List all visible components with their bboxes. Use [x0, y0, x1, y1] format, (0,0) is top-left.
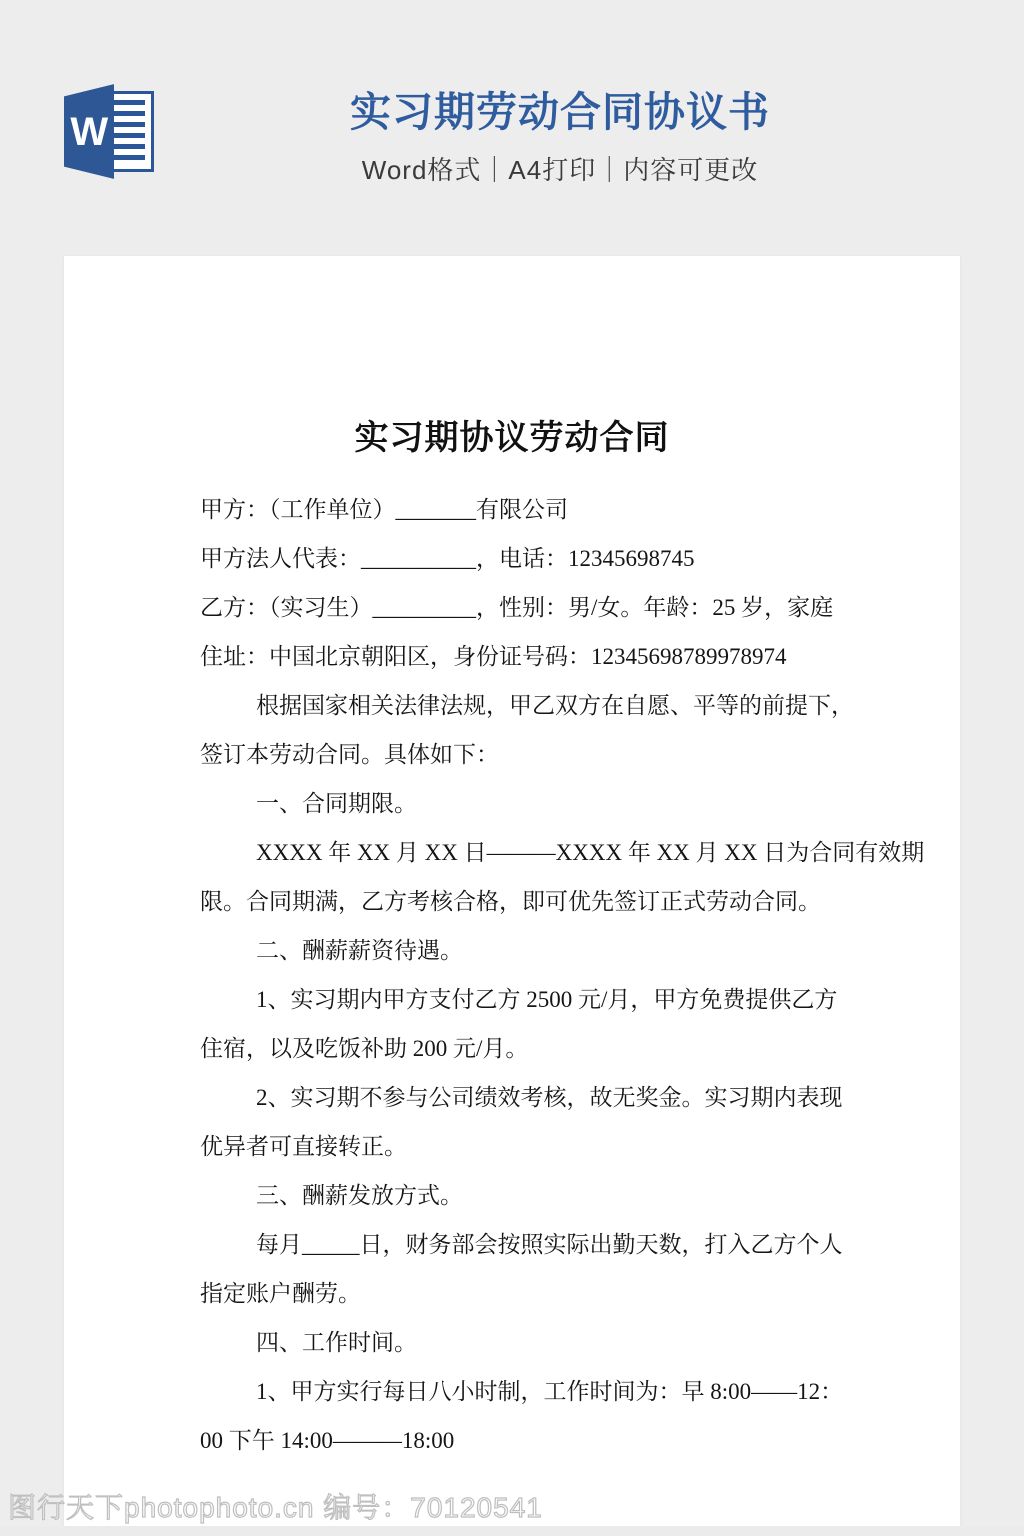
- document-line: 2、实习期不参与公司绩效考核，故无奖金。实习期内表现: [200, 1073, 850, 1122]
- document-line: 四、工作时间。: [200, 1318, 850, 1367]
- document-line: 指定账户酬劳。: [200, 1269, 850, 1318]
- document-line: 住址：中国北京朝阳区，身份证号码：12345698789978974: [200, 632, 850, 681]
- document-line: 三、酬薪发放方式。: [200, 1171, 850, 1220]
- document-line: 甲方法人代表：__________，电话：12345698745: [200, 534, 850, 583]
- document-line: 1、甲方实行每日八小时制，工作时间为：早 8:00——12：: [200, 1367, 850, 1416]
- document-body: 甲方：（工作单位）_______有限公司 甲方法人代表：__________，电…: [64, 485, 960, 1465]
- document-line: 二、酬薪薪资待遇。: [200, 926, 850, 975]
- document-line: XXXX 年 XX 月 XX 日———XXXX 年 XX 月 XX 日为合同有效…: [200, 828, 850, 877]
- document-line: 签订本劳动合同。具体如下：: [200, 730, 850, 779]
- site-watermark: 图行天下photophoto.cn 编号：70120541: [8, 1486, 543, 1526]
- document-page: 实习期协议劳动合同 甲方：（工作单位）_______有限公司 甲方法人代表：__…: [64, 256, 960, 1526]
- document-line: 1、实习期内甲方支付乙方 2500 元/月，甲方免费提供乙方: [200, 975, 850, 1024]
- document-line: 住宿，以及吃饭补助 200 元/月。: [200, 1024, 850, 1073]
- document-line: 优异者可直接转正。: [200, 1122, 850, 1171]
- document-line: 00 下午 14:00———18:00: [200, 1416, 850, 1465]
- header: W 实习期劳动合同协议书 Word格式｜A4打印｜内容可更改: [0, 0, 1024, 256]
- document-line: 限。合同期满，乙方考核合格，即可优先签订正式劳动合同。: [200, 877, 850, 926]
- template-title: 实习期劳动合同协议书: [96, 88, 1024, 137]
- template-preview-page: W 实习期劳动合同协议书 Word格式｜A4打印｜内容可更改 实习期协议劳动合同…: [0, 0, 1024, 1536]
- document-line: 根据国家相关法律法规，甲乙双方在自愿、平等的前提下，: [200, 681, 850, 730]
- document-line: 乙方：（实习生）_________，性别：男/女。年龄：25 岁，家庭: [200, 583, 850, 632]
- document-line: 每月_____日，财务部会按照实际出勤天数，打入乙方个人: [200, 1220, 850, 1269]
- document-line: 一、合同期限。: [200, 779, 850, 828]
- document-line: 甲方：（工作单位）_______有限公司: [200, 485, 850, 534]
- document-title: 实习期协议劳动合同: [64, 414, 960, 463]
- header-text: 实习期劳动合同协议书 Word格式｜A4打印｜内容可更改: [96, 88, 1024, 187]
- template-subtitle: Word格式｜A4打印｜内容可更改: [96, 150, 1024, 187]
- bottom-strip: [0, 1526, 1024, 1536]
